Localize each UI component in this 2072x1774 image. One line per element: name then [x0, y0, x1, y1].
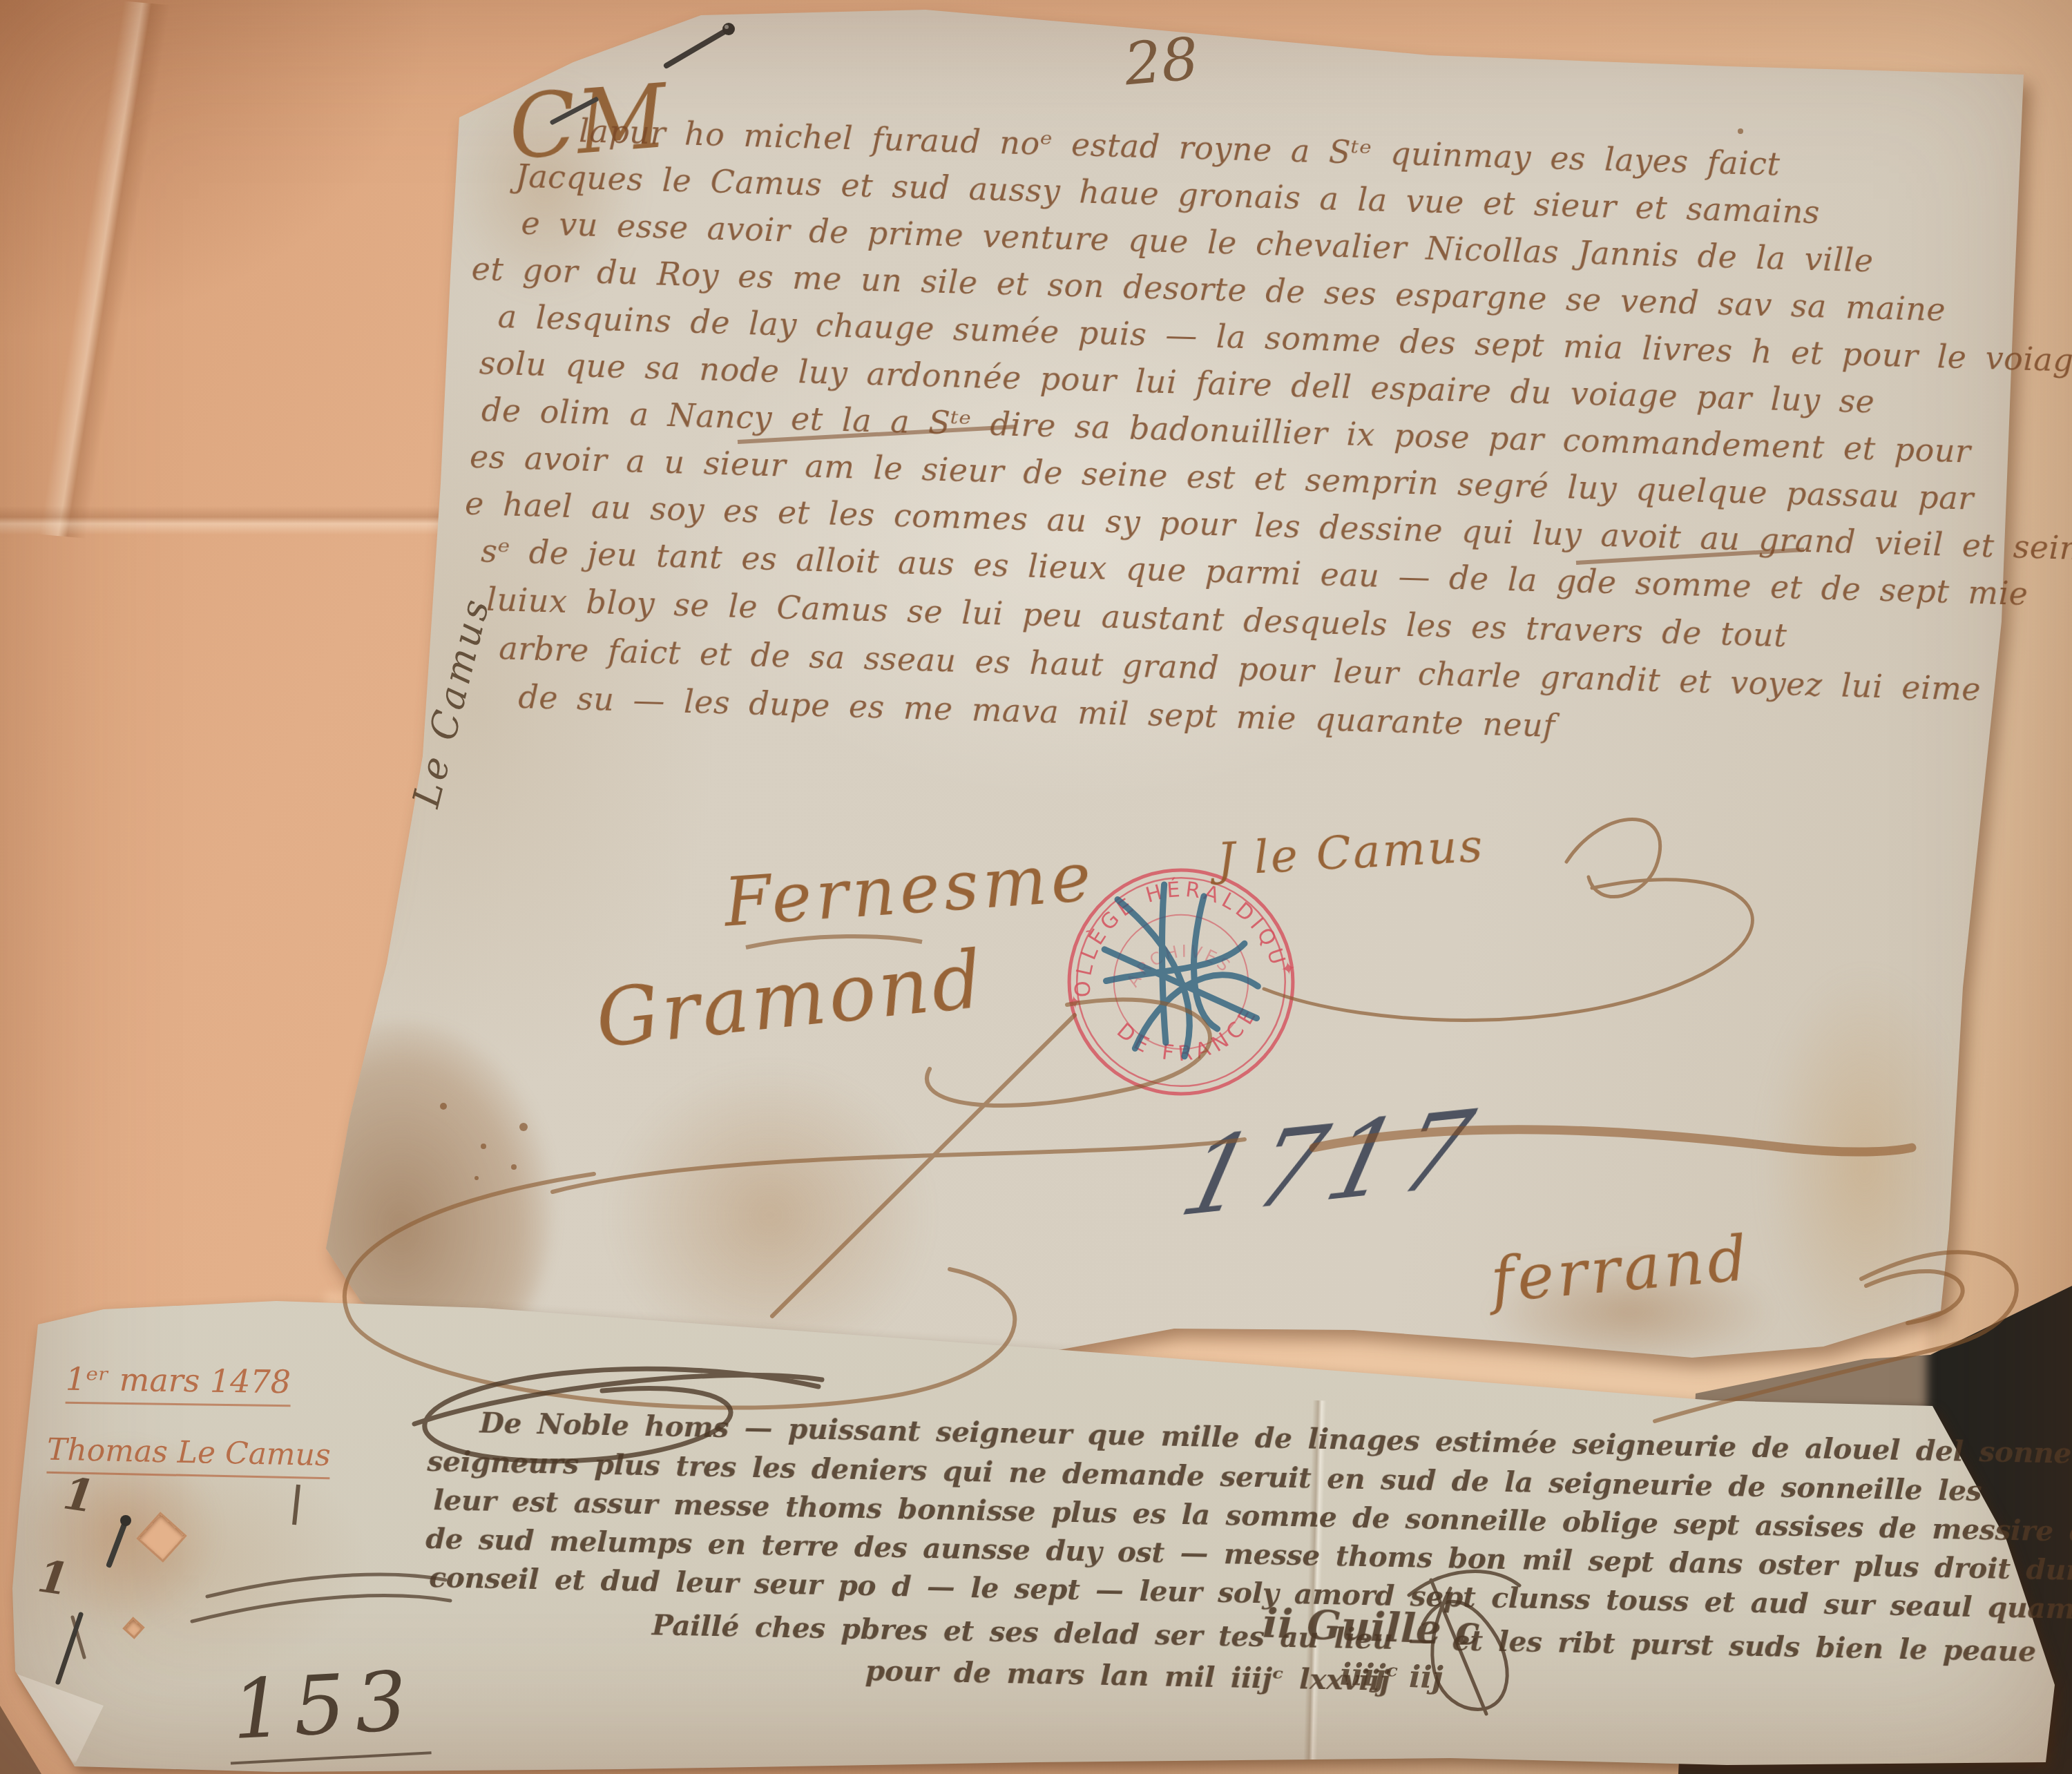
stain-right-edge: [1761, 967, 1968, 1367]
strip-folded-corner: [14, 1670, 117, 1768]
blue-monogram-icon: [1080, 862, 1274, 1072]
water-stain-bottom-left: [249, 1022, 553, 1395]
signature-underline: [746, 936, 922, 947]
le-camus-paraph: [1264, 820, 1752, 1021]
stamp-center-ring: [1104, 905, 1258, 1059]
tally-stroke: [294, 1485, 298, 1525]
tally-mark: 1: [35, 1550, 73, 1606]
signature-le-camus: J le Camus: [1216, 819, 1486, 886]
stamp-inner-ring: [1062, 863, 1301, 1101]
manuscript-line: Jacques le Camus et sud aussy haue grona…: [515, 157, 1821, 231]
signature-gramond: Gramond: [592, 933, 989, 1065]
stain-bottom-center: [1485, 1257, 1775, 1367]
stamp-text-bottom: DE FRANCE: [1109, 997, 1269, 1077]
strip-fold-crease: [1301, 1400, 1328, 1766]
ink-smear: [1314, 1130, 1912, 1152]
strip-number: 153: [225, 1652, 432, 1764]
heraldic-college-stamp: COLLÈGE HÉRALDIQUE DE FRANCE ARCHIVES ✦ …: [1045, 846, 1317, 1118]
manuscript-line: de su — les dupe es me mava mil sept mie…: [518, 678, 1556, 744]
manuscript-line: solu que sa node luy ardonnée pour lui f…: [479, 344, 1875, 420]
ink-underline: [1576, 550, 1804, 563]
strip-date-note: 1ᵉʳ mars 1478: [66, 1360, 291, 1407]
straight-pin-icon: [553, 23, 735, 122]
small-hole: [122, 1617, 144, 1639]
manuscript-line: e vu esse avoir de prime venture que le …: [521, 204, 1874, 280]
stamp-text-top: COLLÈGE HÉRALDIQUE: [1033, 829, 1292, 1005]
manuscript-line: et gor du Roy es me un sile et son desor…: [471, 250, 1946, 329]
manuscript-line: luiux bloy se le Camus se lui peu austan…: [486, 581, 1787, 655]
inventory-number-blue: 1717: [1170, 1086, 1490, 1241]
straight-pin-icon: [58, 1515, 131, 1682]
strip-paraph: [414, 1369, 822, 1461]
folio-number: 28: [1122, 25, 1201, 99]
stamp-outer-ring: [1053, 854, 1309, 1110]
strip-signature: ii Guille c: [1262, 1600, 1481, 1655]
manuscript-line: es avoir a u sieur am le sieur de seine …: [469, 438, 1974, 517]
stamp-text-inner: ARCHIVES: [1117, 932, 1238, 992]
ink-underline: [738, 427, 1015, 442]
background-crease-vertical: [18, 0, 182, 543]
black-backing-corner: [0, 1706, 41, 1774]
opening-initial: CM: [505, 65, 671, 180]
gramond-paraph: [345, 1000, 1245, 1408]
manuscript-line: arbre faict et de sa sseau es haut grand…: [499, 629, 1982, 708]
stain-under-signature: [608, 1063, 932, 1367]
stamp-star-right-icon: ✦: [1280, 958, 1298, 981]
stain-left-edge: [297, 373, 414, 1008]
strip-signature-monogram: [1409, 1571, 1519, 1714]
archive-photo-canvas: COLLÈGE HÉRALDIQUE DE FRANCE ARCHIVES ✦ …: [0, 0, 2072, 1774]
strip-name-note: Thomas Le Camus: [46, 1432, 331, 1480]
manuscript-line: sᵉ de jeu tant es alloit aus es lieux qu…: [481, 532, 2029, 613]
strip-centered-line: pour de mars lan mil iiijᶜ lxxviij: [865, 1654, 1390, 1697]
manuscript-line: lapur ho michel furaud noᵉ estad royne a…: [579, 112, 1781, 183]
manuscript-line: de olim a Nancy et la a Sᵗᵉ dire sa bado…: [481, 391, 1971, 470]
manuscript-line: e hael au soy es et les commes au sy pou…: [464, 485, 2072, 568]
tally-mark: 1: [60, 1467, 98, 1523]
signature-premier: Fernesme: [722, 838, 1097, 942]
signature-ferrand: ferrand: [1488, 1222, 1754, 1317]
stamp-star-left-icon: ✦: [1066, 992, 1084, 1014]
strip-signature-numerals: iiijᶜ iij: [1339, 1657, 1443, 1695]
background-crease-horizontal: [0, 494, 463, 542]
ink-spatter: [440, 128, 1743, 1180]
margin-note-vertical: Le Camus: [404, 592, 499, 811]
main-text-block: CM lapur ho michel furaud noᵉ estad royn…: [455, 88, 2016, 891]
manuscript-line: a lesquins de lay chauge sumée puis — la…: [497, 298, 2072, 379]
stain-top-left-corner: [449, 76, 642, 297]
backing-sheet-edge: [325, 1293, 1927, 1410]
strip-flourish-lines: [73, 1574, 450, 1657]
diamond-hole: [136, 1512, 186, 1562]
strip-stain-left: [28, 1436, 221, 1630]
black-backing-board: [0, 0, 2072, 1774]
